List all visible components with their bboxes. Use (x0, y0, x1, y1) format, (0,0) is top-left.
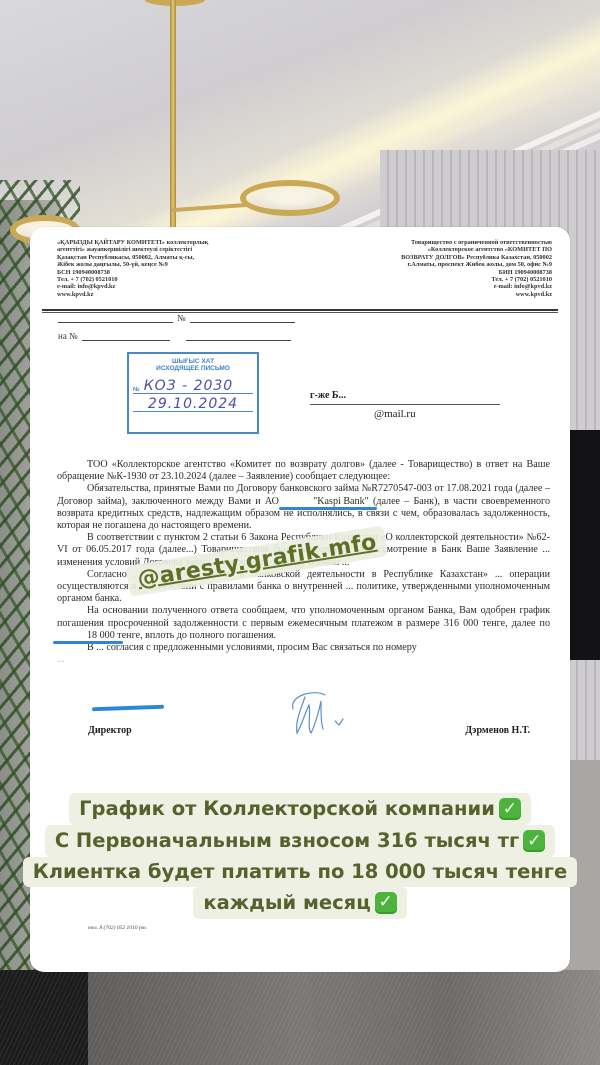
outgoing-number-line: № (58, 313, 295, 323)
letterhead-line: www.kpvd.kz (57, 291, 307, 298)
letterhead-line: агенттігі» жауапкершілігі шектеулі серік… (57, 246, 307, 253)
redacted-phone: ... (57, 654, 550, 666)
paragraph: В ... согласия с предложенными условиями… (57, 642, 550, 654)
letterhead-line: www.kpvd.kz (302, 291, 552, 298)
letterhead-line: Товарищество с ограниченной ответственно… (302, 239, 552, 246)
monthly-amount-highlight: 18 000 (57, 630, 115, 642)
carpet-floor (0, 970, 600, 1065)
bank-name-highlight: "Kaspi Bank" (283, 496, 369, 508)
in-reply-line: на № (58, 331, 291, 341)
stamp-number-row: № КОЗ - 2030 (133, 378, 253, 394)
letterhead-line: Тел. + 7 (702) 0521010 (57, 276, 307, 283)
letterhead-left: «ҚАРЫЗДЫ ҚАЙТАРУ КОМИТЕТІ» коллекторлық … (57, 239, 307, 298)
redaction-stroke (92, 705, 164, 712)
letterhead-line: e-mail: info@kpvd.kz (302, 283, 552, 290)
paragraph: На основании полученного ответа сообщаем… (57, 605, 550, 642)
letterhead-line: Қазақстан Республикасы, 050002, Алматы қ… (57, 254, 307, 261)
letterhead-line: БИН 190940008738 (302, 269, 552, 276)
letterhead-line: Тел. + 7 (702) 0521010 (302, 276, 552, 283)
stamp-number-label: № (133, 387, 140, 393)
letterhead-right: Товарищество с ограниченной ответственно… (302, 239, 552, 298)
blank-field (186, 331, 291, 341)
stamp-date-value: 29.10.2024 (148, 397, 238, 411)
letterhead-line: «ҚАРЫЗДЫ ҚАЙТАРУ КОМИТЕТІ» коллекторлық (57, 239, 307, 246)
stamp-date-row: 29.10.2024 (133, 396, 253, 412)
number-sign: № (177, 313, 186, 323)
signatory-title: Директор (88, 725, 132, 736)
caption-line: Клиентка будет платить по 18 000 тысяч т… (23, 857, 577, 887)
in-reply-label: на № (58, 331, 78, 341)
caption-line: График от Коллекторской компании ✓ (69, 793, 531, 825)
check-mark-icon: ✓ (499, 798, 521, 820)
outgoing-letter-stamp: ШЫҒЫС ХАТ ИСХОДЯЩЕЕ ПИСЬМО № КОЗ - 2030 … (127, 352, 259, 434)
paragraph: ТОО «Коллекторское агентство «Комитет по… (57, 459, 550, 483)
stamp-number-value: КОЗ - 2030 (144, 379, 234, 393)
footer-phone: тел. 8 (702) 052 1010 (вн. (88, 925, 147, 931)
tv-screen (570, 430, 600, 660)
caption-sticker: График от Коллекторской компании ✓ С Пер… (0, 793, 600, 919)
blank-field (190, 313, 295, 323)
director-signature (285, 687, 355, 737)
recipient-email: @mail.ru (310, 405, 500, 420)
chandelier-rod (170, 0, 176, 240)
check-mark-icon: ✓ (375, 892, 397, 914)
letterhead-line: г.Алматы, проспект Жибек жолы, дом 50, о… (302, 261, 552, 268)
blank-field (82, 331, 170, 341)
chandelier-ring-light (240, 180, 340, 216)
recipient-name: г-же Б... (310, 390, 500, 405)
letterhead-line: «Коллекторское агентство «КОМИТЕТ ПО (302, 246, 552, 253)
letterhead-line: БСН 190940008738 (57, 269, 307, 276)
recipient-block: г-же Б... @mail.ru (310, 390, 500, 420)
check-mark-icon: ✓ (523, 830, 545, 852)
stamp-title-kz: ШЫҒЫС ХАТ (129, 358, 257, 365)
letterhead-line: e-mail: info@kpvd.kz (57, 283, 307, 290)
stamp-title-ru: ИСХОДЯЩЕЕ ПИСЬМО (129, 365, 257, 372)
signatory-name: Дэрменов Н.Т. (465, 725, 530, 736)
blank-field (58, 313, 173, 323)
caption-line: С Первоначальным взносом 316 тысяч тг ✓ (45, 825, 555, 857)
letterhead-line: Жібек жолы даңғылы, 50-үй, кеңсе №9 (57, 261, 307, 268)
paragraph: Обязательства, принятые Вами по Договору… (57, 483, 550, 532)
caption-line: каждый месяц ✓ (193, 887, 406, 919)
letterhead-line: ВОЗВРАТУ ДОЛГОВ» Республика Казахстан, 0… (302, 254, 552, 261)
